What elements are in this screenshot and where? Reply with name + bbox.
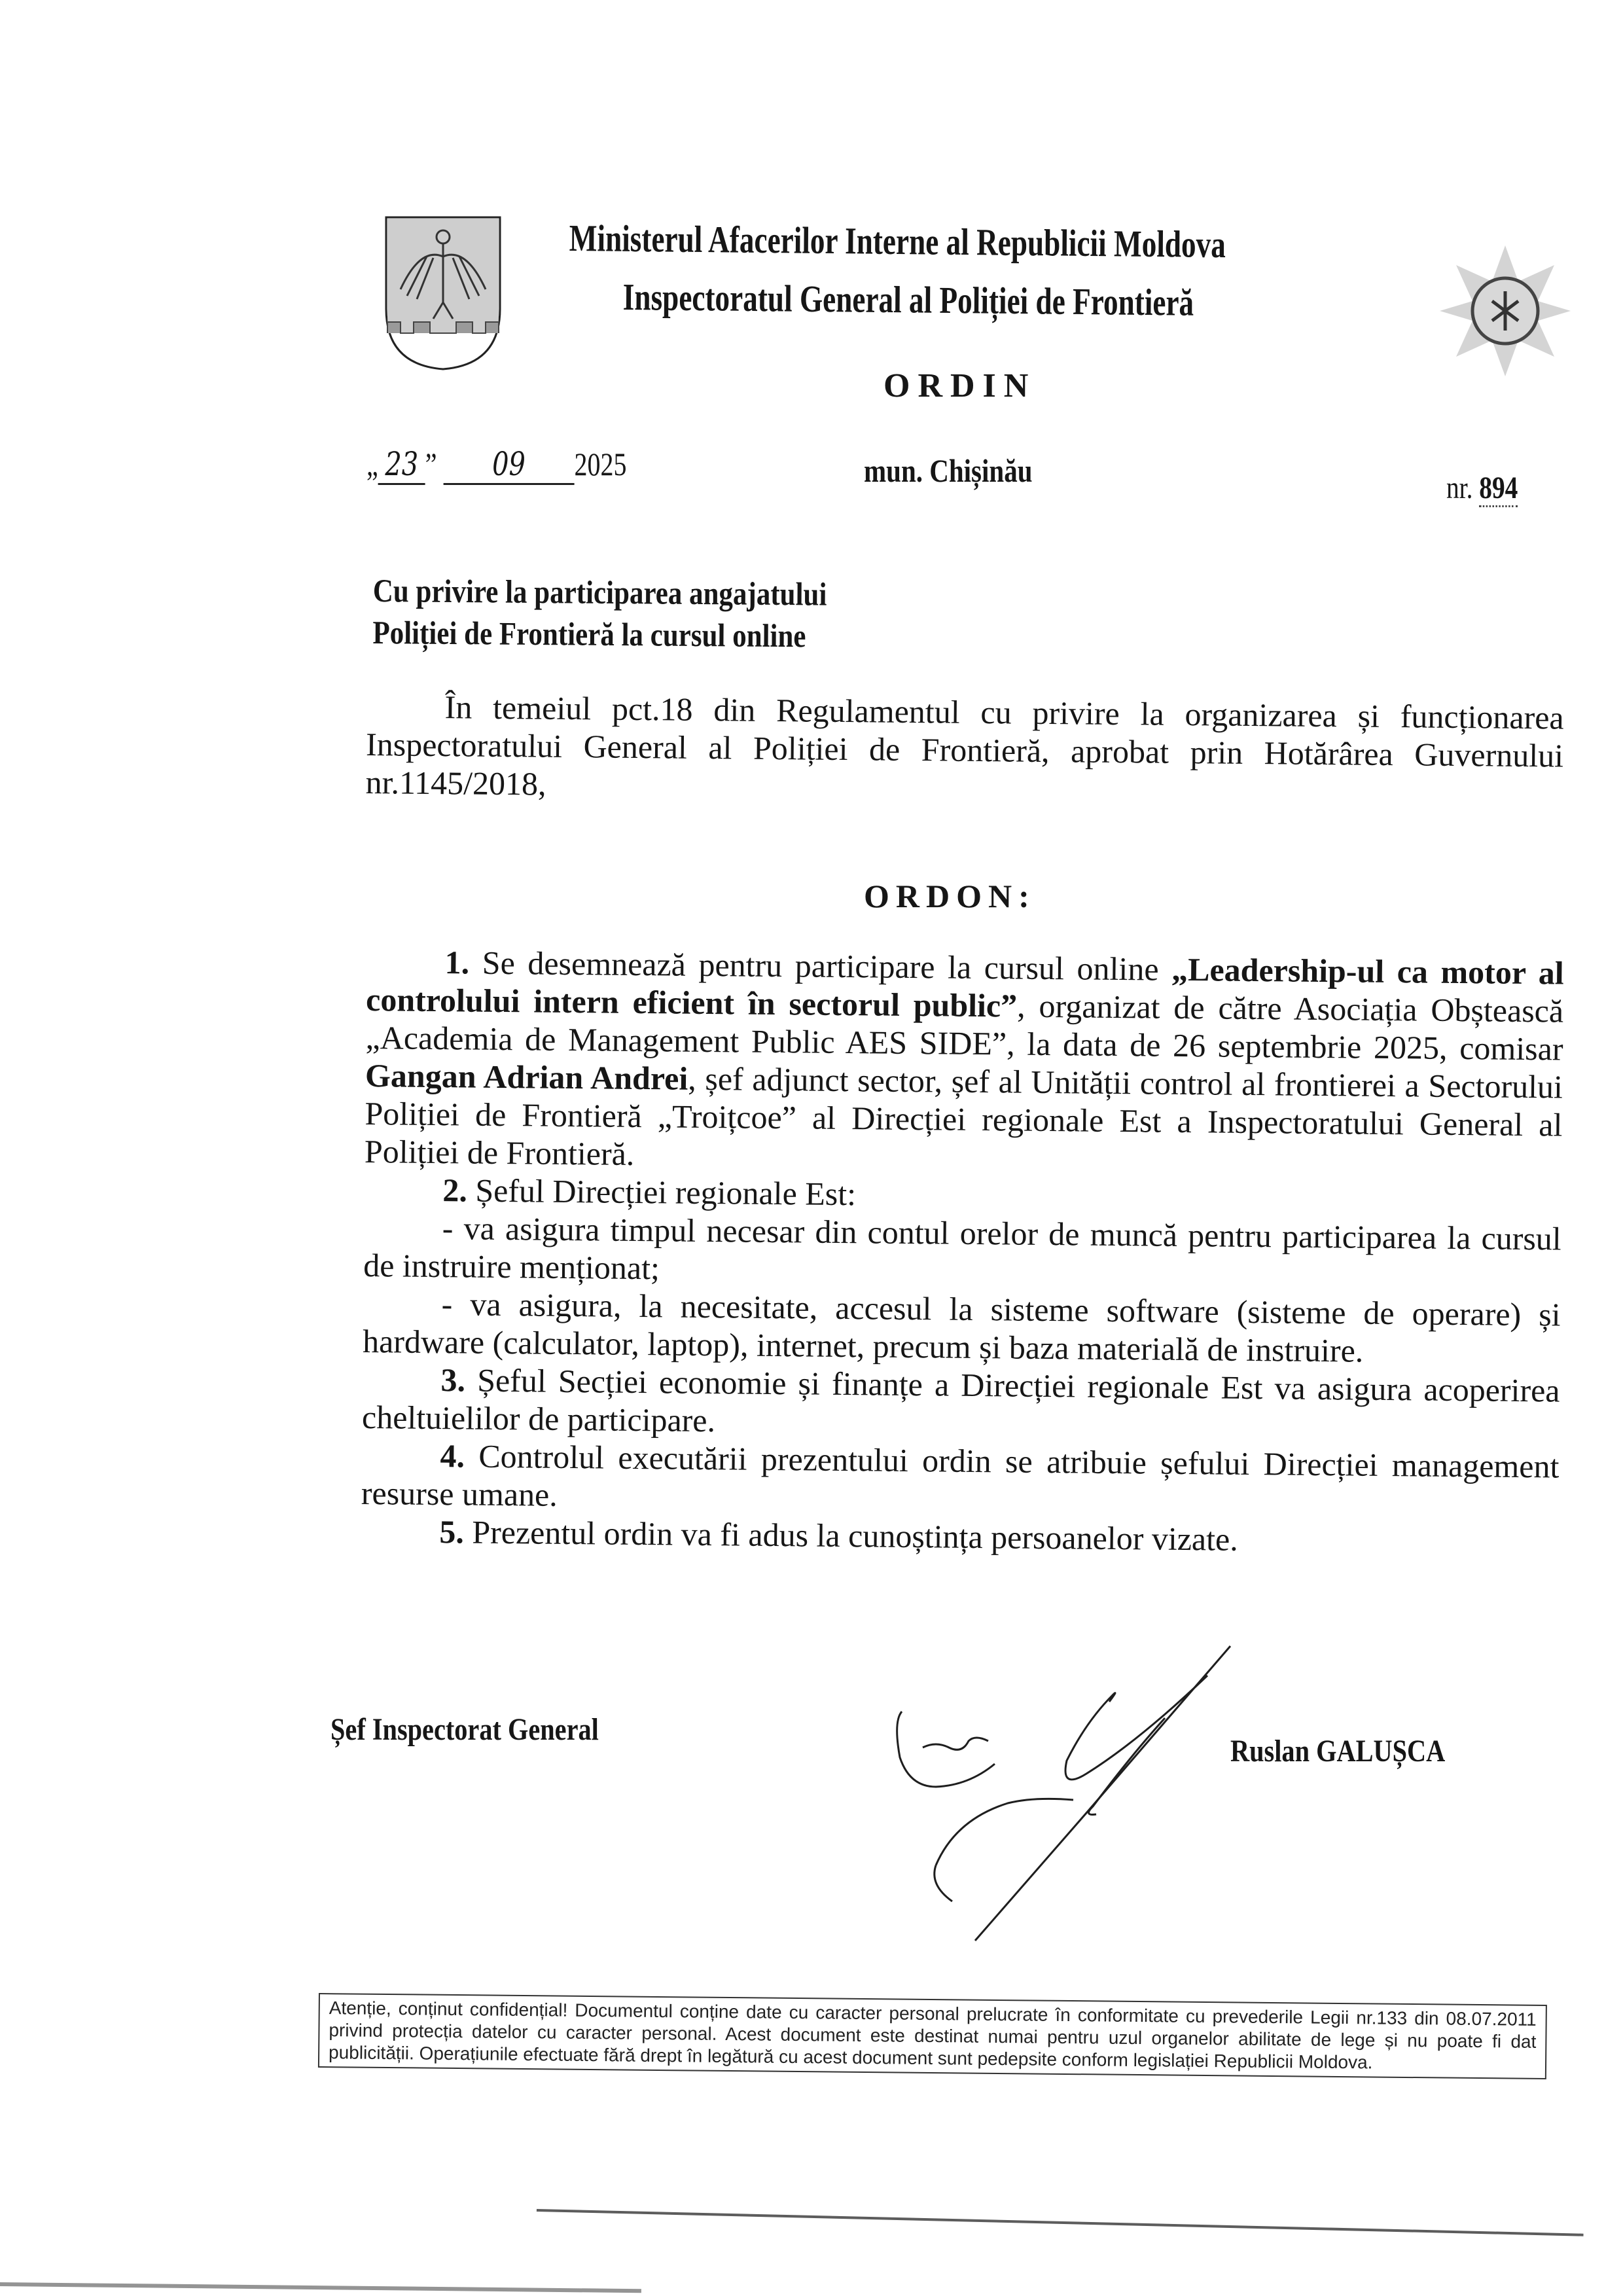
order-item-4: 4. Controlul executării prezentului ordi… — [361, 1436, 1560, 1524]
item-text: Se desemnează pentru participare la curs… — [469, 944, 1171, 988]
ministry-name: Ministerul Afacerilor Interne al Republi… — [569, 216, 1213, 266]
order-item-2-bullet-1: - va asigura timpul necesar din contul o… — [363, 1208, 1561, 1296]
scan-page-edge — [0, 2282, 641, 2293]
scan-artifact-line — [537, 2209, 1584, 2236]
document-type-title: ORDIN — [883, 367, 1036, 405]
signatory-name: Ruslan GALUȘCA — [1230, 1733, 1445, 1769]
confidentiality-notice: Atenție, conținut confidențial! Document… — [318, 1993, 1547, 2079]
date-close-quote: ” — [425, 446, 437, 482]
moldova-coat-of-arms-icon — [381, 211, 505, 374]
issue-place: mun. Chișinău — [864, 452, 1033, 490]
item-text: Prezentul ordin va fi adus la cunoștința… — [464, 1513, 1238, 1557]
item-text: Șeful Secției economie și finanțe a Dire… — [362, 1361, 1560, 1439]
order-number-label: nr. — [1446, 471, 1472, 505]
inspectorate-name: Inspectoratul General al Poliției de Fro… — [623, 275, 1215, 325]
order-number-value: 894 — [1479, 471, 1518, 507]
item-number: 2. — [442, 1172, 467, 1208]
preamble: În temeiul pct.18 din Regulamentul cu pr… — [365, 687, 1564, 813]
order-subject: Cu privire la participarea angajatului P… — [372, 569, 827, 657]
item-number: 4. — [440, 1437, 465, 1474]
order-number: nr. 894 — [1446, 470, 1518, 506]
preamble-text: În temeiul pct.18 din Regulamentul cu pr… — [365, 687, 1564, 813]
subject-line-1: Cu privire la participarea angajatului — [373, 569, 827, 615]
order-item-2-bullet-2: - va asigura, la necesitate, accesul la … — [363, 1284, 1561, 1372]
item-number: 5. — [439, 1513, 464, 1550]
item-number: 3. — [440, 1361, 465, 1398]
border-police-star-icon — [1436, 242, 1574, 380]
employee-name: Gangan Adrian Andrei — [365, 1057, 688, 1097]
handwritten-signature-icon — [838, 1643, 1257, 1944]
order-items: 1. Se desemnează pentru participare la c… — [361, 942, 1564, 1562]
date-month: 09 — [444, 445, 575, 485]
item-number: 1. — [444, 944, 469, 980]
item-text: Controlul executării prezentului ordin s… — [361, 1437, 1560, 1513]
order-date: „23” 092025 — [366, 445, 627, 485]
date-year: 2025 — [575, 446, 627, 482]
ordon-heading: ORDON: — [864, 877, 1036, 915]
subject-line-2: Poliției de Frontieră la cursul online — [372, 611, 827, 657]
order-item-1: 1. Se desemnează pentru participare la c… — [365, 942, 1564, 1182]
date-open-quote: „ — [366, 446, 378, 482]
date-day: 23 — [378, 445, 425, 485]
item-text: Șeful Direcției regionale Est: — [467, 1172, 857, 1212]
signatory-title: Șef Inspectorat General — [330, 1712, 599, 1748]
order-item-3: 3. Șeful Secției economie și finanțe a D… — [362, 1360, 1560, 1448]
document-page: Ministerul Afacerilor Interne al Republi… — [0, 0, 1623, 2296]
